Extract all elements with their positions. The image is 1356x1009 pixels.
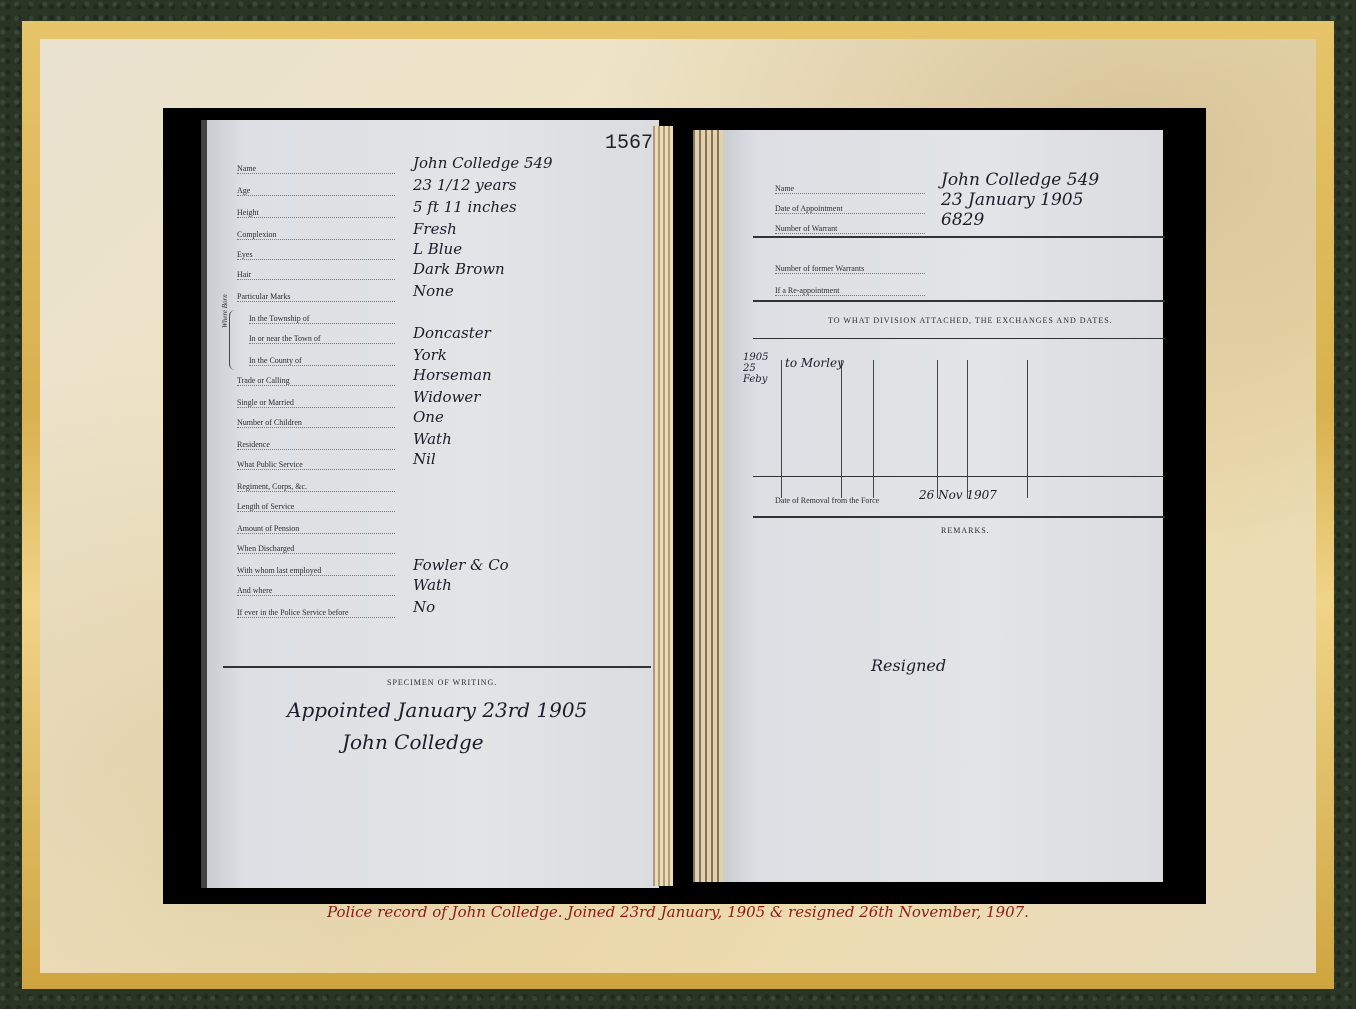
- field-row: Age: [237, 186, 395, 196]
- division-date: 1905 25 Feby: [743, 352, 779, 385]
- field-label: If a Re-appointment: [775, 286, 925, 296]
- page-edges: [653, 126, 673, 886]
- field-row: Trade or Calling: [237, 376, 395, 386]
- field-row: Complexion: [237, 230, 395, 240]
- field-row: And where: [237, 586, 395, 596]
- field-value: John Colledge 549: [413, 154, 553, 172]
- field-value: 23 1/12 years: [413, 176, 516, 194]
- field-row: Hair: [237, 270, 395, 280]
- divider: [753, 300, 1165, 302]
- field-row: Length of Service: [237, 502, 395, 512]
- divider: [223, 666, 651, 668]
- specimen-line-2: John Colledge: [342, 730, 484, 754]
- table-column-line: [937, 360, 938, 498]
- field-value: 23 January 1905: [941, 190, 1083, 210]
- field-label: Age: [237, 186, 395, 196]
- field-label: With whom last employed: [237, 566, 395, 576]
- field-label: In the Township of: [249, 314, 395, 324]
- field-row: Regiment, Corps, &c.: [237, 482, 395, 492]
- field-value: Fresh: [413, 220, 457, 238]
- caption: Police record of John Colledge. Joined 2…: [0, 903, 1356, 921]
- remarks-heading: Remarks.: [941, 526, 990, 535]
- field-value: York: [413, 346, 447, 364]
- table-column-line: [841, 360, 842, 498]
- division-heading: To what Division attached, the Exchanges…: [828, 316, 1113, 325]
- remarks-value: Resigned: [871, 656, 946, 675]
- table-column-line: [781, 360, 782, 498]
- field-label: Number of Children: [237, 418, 395, 428]
- field-label: Number of Warrant: [775, 224, 925, 234]
- table-bottom-rule: [753, 476, 1165, 477]
- field-label: Complexion: [237, 230, 395, 240]
- right-page: NameJohn Colledge 549Date of Appointment…: [723, 130, 1163, 882]
- division-place: to Morley: [785, 356, 844, 370]
- page-number: 1567: [605, 132, 653, 155]
- field-row: In or near the Town of: [249, 334, 395, 344]
- field-label: Eyes: [237, 250, 395, 260]
- field-row: Particular Marks: [237, 292, 395, 302]
- field-label: Single or Married: [237, 398, 395, 408]
- field-row: Number of former Warrants: [775, 264, 925, 274]
- field-value: John Colledge 549: [941, 170, 1099, 190]
- field-value: Wath: [413, 576, 452, 594]
- field-value: 5 ft 11 inches: [413, 198, 517, 216]
- table-top-rule: [753, 338, 1165, 339]
- field-label: Trade or Calling: [237, 376, 395, 386]
- field-value: Fowler & Co: [413, 556, 509, 574]
- field-row: If ever in the Police Service before: [237, 608, 395, 618]
- field-row: Number of Children: [237, 418, 395, 428]
- field-label: Length of Service: [237, 502, 395, 512]
- field-value: L Blue: [413, 240, 462, 258]
- field-label: When Discharged: [237, 544, 395, 554]
- field-row: When Discharged: [237, 544, 395, 554]
- field-row: What Public Service: [237, 460, 395, 470]
- field-value: One: [413, 408, 444, 426]
- field-row: Height: [237, 208, 395, 218]
- field-label: Particular Marks: [237, 292, 395, 302]
- field-row: Amount of Pension: [237, 524, 395, 534]
- removal-row: Date of Removal from the Force: [775, 496, 879, 505]
- field-label: Regiment, Corps, &c.: [237, 482, 395, 492]
- field-row: Number of Warrant: [775, 224, 925, 234]
- table-column-line: [1027, 360, 1028, 498]
- page-edges: [693, 130, 727, 882]
- field-label: Amount of Pension: [237, 524, 395, 534]
- field-label: Hair: [237, 270, 395, 280]
- table-column-line: [873, 360, 874, 498]
- field-label: Name: [237, 164, 395, 174]
- field-value: Nil: [413, 450, 436, 468]
- removal-label: Date of Removal from the Force: [775, 496, 879, 505]
- where-born-brace: [229, 310, 236, 370]
- ledger-photo: 1567 NameJohn Colledge 549Age23 1/12 yea…: [163, 108, 1206, 904]
- left-page: 1567 NameJohn Colledge 549Age23 1/12 yea…: [201, 120, 659, 888]
- field-label: In or near the Town of: [249, 334, 395, 344]
- specimen-line-1: Appointed January 23rd 1905: [287, 698, 587, 722]
- field-row: Name: [775, 184, 925, 194]
- divider: [753, 236, 1165, 238]
- where-born-label: Where Born: [221, 294, 229, 328]
- field-label: Height: [237, 208, 395, 218]
- field-label: Date of Appointment: [775, 204, 925, 214]
- field-row: Name: [237, 164, 395, 174]
- field-row: In the County of: [249, 356, 395, 366]
- field-value: Wath: [413, 430, 452, 448]
- field-row: If a Re-appointment: [775, 286, 925, 296]
- field-value: None: [413, 282, 454, 300]
- field-label: Residence: [237, 440, 395, 450]
- field-value: Widower: [413, 388, 480, 406]
- field-value: Doncaster: [413, 324, 491, 342]
- field-label: Name: [775, 184, 925, 194]
- specimen-heading: Specimen of Writing.: [387, 678, 497, 687]
- field-row: With whom last employed: [237, 566, 395, 576]
- field-row: In the Township of: [249, 314, 395, 324]
- field-label: Number of former Warrants: [775, 264, 925, 274]
- field-row: Single or Married: [237, 398, 395, 408]
- field-row: Date of Appointment: [775, 204, 925, 214]
- field-label: If ever in the Police Service before: [237, 608, 395, 618]
- field-value: 6829: [941, 210, 984, 230]
- divider: [753, 516, 1165, 518]
- field-row: Residence: [237, 440, 395, 450]
- field-label: And where: [237, 586, 395, 596]
- field-value: No: [413, 598, 435, 616]
- table-column-line: [967, 360, 968, 498]
- field-label: In the County of: [249, 356, 395, 366]
- field-row: Eyes: [237, 250, 395, 260]
- field-label: What Public Service: [237, 460, 395, 470]
- field-value: Dark Brown: [413, 260, 505, 278]
- field-value: Horseman: [413, 366, 492, 384]
- removal-value: 26 Nov 1907: [919, 488, 997, 502]
